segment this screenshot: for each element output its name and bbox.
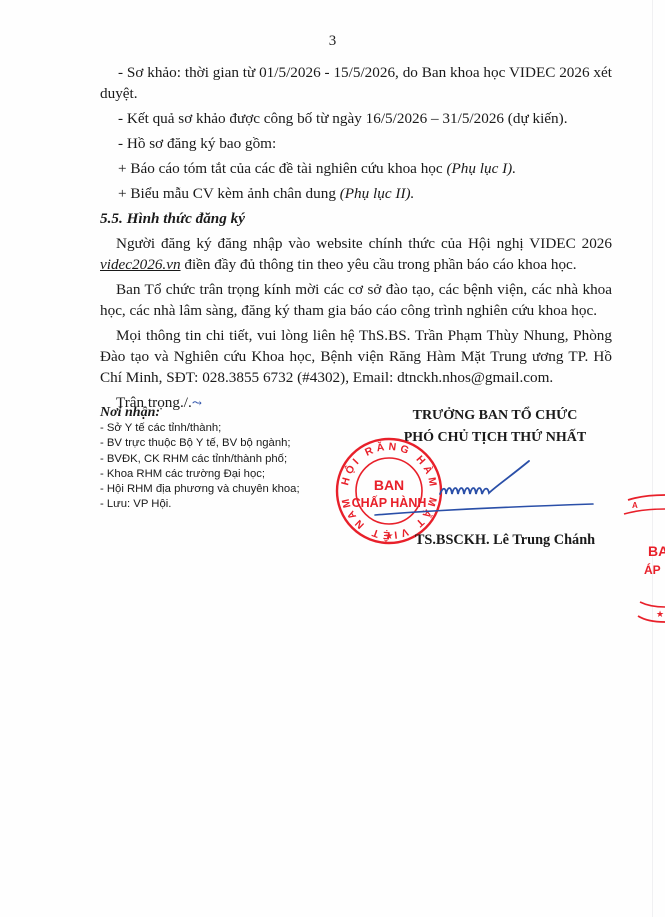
paragraph-preliminary-review: - Sơ khảo: thời gian từ 01/5/2026 - 15/5… bbox=[100, 62, 612, 104]
document-page: 3 - Sơ khảo: thời gian từ 01/5/2026 - 15… bbox=[0, 0, 665, 917]
dossier-item-cv: + Biểu mẫu CV kèm ảnh chân dung (Phụ lục… bbox=[100, 183, 612, 204]
svg-text:ÁP: ÁP bbox=[644, 562, 661, 577]
svg-text:★: ★ bbox=[385, 531, 394, 542]
dossier-item-abstract: + Báo cáo tóm tắt của các đề tài nghiên … bbox=[100, 158, 612, 179]
handwritten-signature bbox=[345, 450, 595, 530]
section-heading: 5.5. Hình thức đăng ký bbox=[100, 208, 612, 229]
paragraph-invitation: Ban Tổ chức trân trọng kính mời các cơ s… bbox=[100, 279, 612, 321]
recipient-item: - Lưu: VP Hội. bbox=[100, 497, 350, 512]
recipient-item: - Khoa RHM các trường Đại học; bbox=[100, 467, 350, 482]
paragraph-contact: Mọi thông tin chi tiết, vui lòng liên hệ… bbox=[100, 325, 612, 388]
recipient-item: - BV trực thuộc Bộ Y tế, BV bộ ngành; bbox=[100, 436, 350, 451]
signatory-name: TS.BSCKH. Lê Trung Chánh bbox=[395, 532, 615, 549]
recipient-item: - Hội RHM địa phương và chuyên khoa; bbox=[100, 482, 350, 497]
appendix-ref: (Phụ lục II). bbox=[340, 185, 415, 202]
svg-text:BA: BA bbox=[648, 543, 665, 559]
svg-text:★: ★ bbox=[656, 609, 664, 619]
recipients-title: Nơi nhận: bbox=[100, 405, 350, 421]
paragraph-registration: Người đăng ký đăng nhập vào website chín… bbox=[100, 233, 612, 275]
edge-seal-fragment-icon: A BA ÁP ★ bbox=[610, 490, 665, 635]
signatory-role-1: TRƯỞNG BAN TỔ CHỨC bbox=[380, 405, 610, 427]
body-text: - Sơ khảo: thời gian từ 01/5/2026 - 15/5… bbox=[100, 62, 612, 418]
appendix-ref: (Phụ lục I). bbox=[446, 160, 516, 177]
recipient-item: - Sở Y tế các tỉnh/thành; bbox=[100, 421, 350, 436]
page-edge-line bbox=[652, 0, 653, 917]
recipients-list: Nơi nhận: - Sở Y tế các tỉnh/thành; - BV… bbox=[100, 405, 350, 513]
recipient-item: - BVĐK, CK RHM các tỉnh/thành phố; bbox=[100, 452, 350, 467]
page-number: 3 bbox=[0, 33, 665, 50]
website-link[interactable]: videc2026.vn bbox=[100, 256, 181, 273]
paragraph-results: - Kết quả sơ khảo được công bố từ ngày 1… bbox=[100, 108, 612, 129]
svg-text:A: A bbox=[632, 501, 638, 510]
paragraph-dossier: - Hồ sơ đăng ký bao gồm: bbox=[100, 133, 612, 154]
